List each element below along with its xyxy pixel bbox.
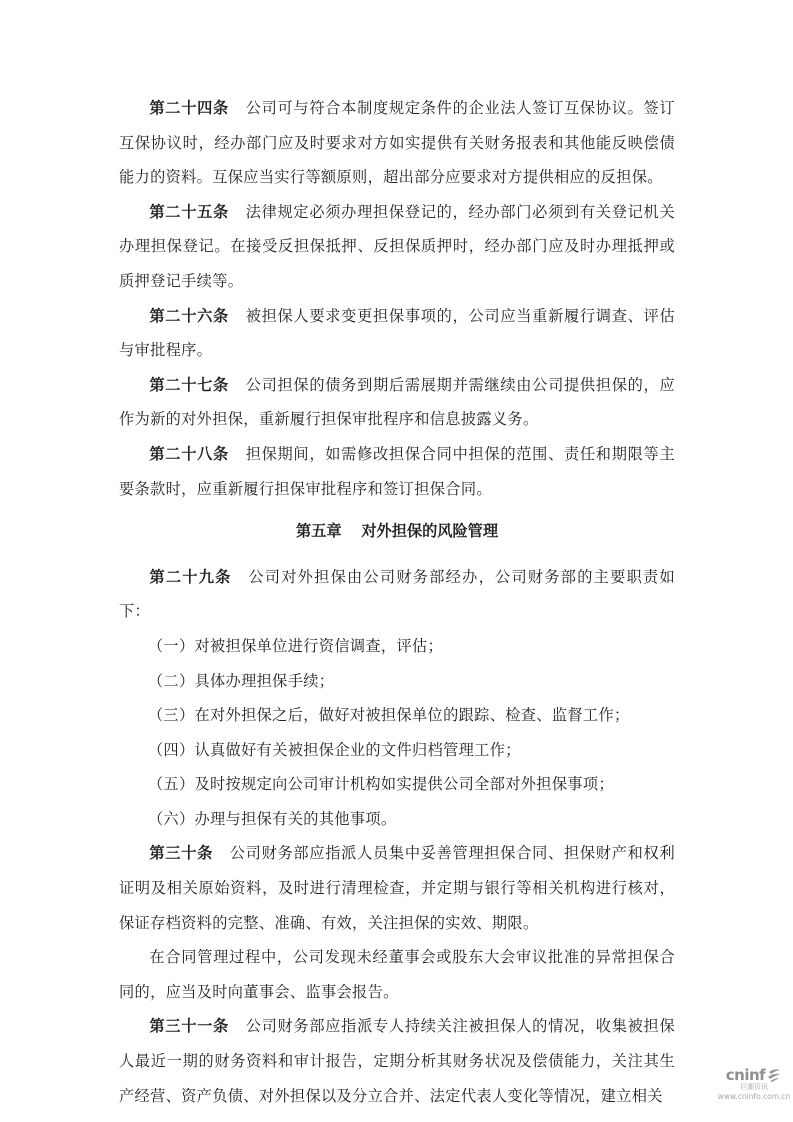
cninf-swoosh-icon [766, 1068, 782, 1082]
article-27: 第二十七条公司担保的债务到期后需展期并需继续由公司提供担保的，应作为新的对外担保… [119, 368, 675, 437]
article-26: 第二十六条被担保人要求变更担保事项的，公司应当重新履行调查、评估与审批程序。 [119, 299, 675, 368]
list-item: （一）对被担保单位进行资信调查，评估； [119, 629, 675, 664]
watermark-url: www.cninfo.com.cn [716, 1092, 792, 1101]
article-label: 第二十七条 [149, 376, 229, 394]
article-label: 第二十四条 [149, 99, 229, 117]
article-31: 第三十一条公司财务部应指派专人持续关注被担保人的情况，收集被担保人最近一期的财务… [119, 1009, 675, 1113]
article-24: 第二十四条公司可与符合本制度规定条件的企业法人签订互保协议。签订互保协议时，经办… [119, 91, 675, 195]
article-label: 第二十九条 [149, 568, 231, 586]
article-29: 第二十九条公司对外担保由公司财务部经办，公司财务部的主要职责如下： [119, 560, 675, 629]
article-25: 第二十五条法律规定必须办理担保登记的，经办部门必须到有关登记机关办理担保登记。在… [119, 195, 675, 299]
watermark-logo-text: cninf [726, 1066, 765, 1084]
cninf-watermark: cninf 巨潮资讯 www.cninfo.com.cn [716, 1068, 792, 1101]
watermark-logo: cninf [716, 1068, 792, 1083]
article-30: 第三十条公司财务部应指派人员集中妥善管理担保合同、担保财产和权利证明及相关原始资… [119, 836, 675, 940]
chapter-title: 对外担保的风险管理 [361, 522, 498, 540]
article-label: 第三十一条 [149, 1017, 229, 1035]
list-item: （四）认真做好有关被担保企业的文件归档管理工作； [119, 733, 675, 768]
list-item: （二）具体办理担保手续； [119, 664, 675, 699]
article-label: 第二十六条 [149, 307, 229, 325]
article-label: 第三十条 [149, 844, 213, 862]
article-label: 第二十五条 [149, 203, 229, 221]
list-item: （五）及时按规定向公司审计机构如实提供公司全部对外担保事项； [119, 767, 675, 802]
article-label: 第二十八条 [149, 445, 229, 463]
document-page: 第二十四条公司可与符合本制度规定条件的企业法人签订互保协议。签订互保协议时，经办… [119, 91, 675, 1113]
article-28: 第二十八条担保期间，如需修改担保合同中担保的范围、责任和期限等主要条款时，应重新… [119, 437, 675, 506]
article-30-followup: 在合同管理过程中，公司发现未经董事会或股东大会审议批准的异常担保合同的，应当及时… [119, 940, 675, 1009]
watermark-chinese-name: 巨潮资讯 [716, 1083, 792, 1092]
duties-list: （一）对被担保单位进行资信调查，评估； （二）具体办理担保手续； （三）在对外担… [119, 629, 675, 837]
chapter-heading: 第五章对外担保的风险管理 [119, 514, 675, 549]
chapter-number: 第五章 [296, 522, 342, 540]
list-item: （六）办理与担保有关的其他事项。 [119, 802, 675, 837]
list-item: （三）在对外担保之后，做好对被担保单位的跟踪、检查、监督工作； [119, 698, 675, 733]
